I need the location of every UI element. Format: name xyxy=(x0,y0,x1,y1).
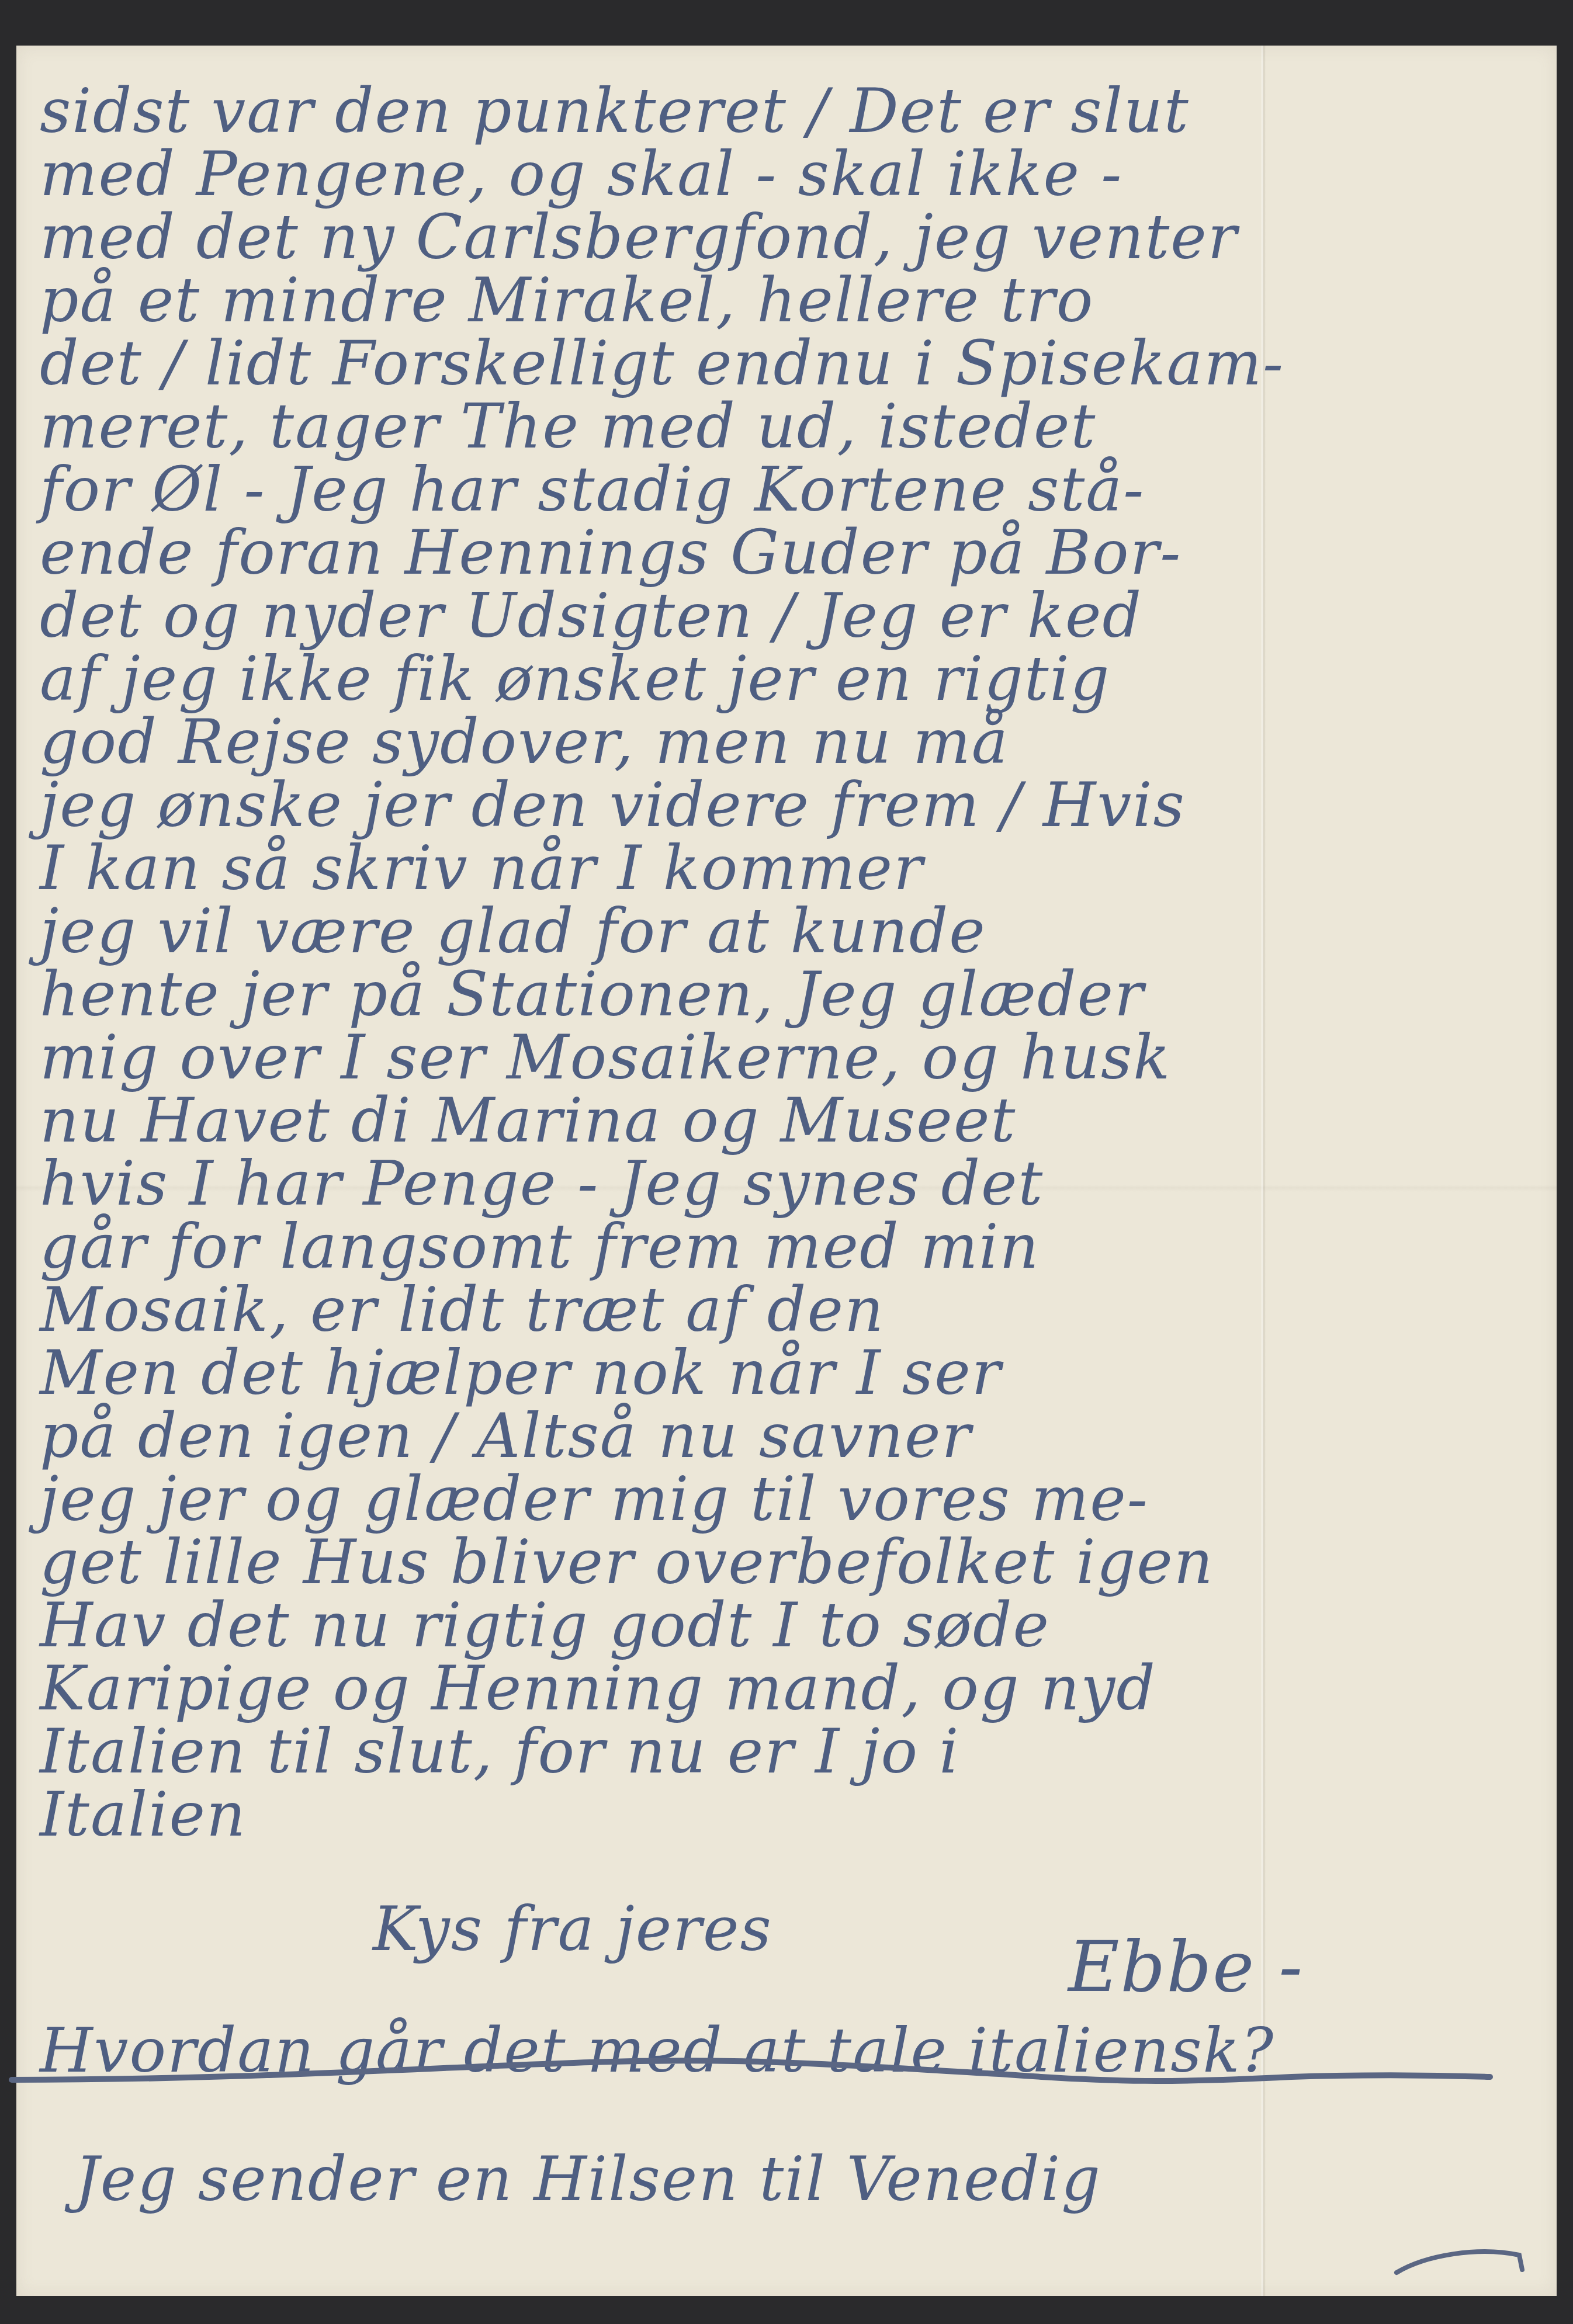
letter-line: går for langsomt frem med min xyxy=(40,1216,1040,1277)
letter-line: ende foran Hennings Guder på Bor- xyxy=(40,522,1182,583)
letter-line: af jeg ikke fik ønsket jer en rigtig xyxy=(40,648,1110,709)
letter-line: Mosaik, er lidt træt af den xyxy=(40,1279,885,1340)
letter-line: hvis I har Penge - Jeg synes det xyxy=(40,1153,1044,1214)
letter-line: på et mindre Mirakel, hellere tro xyxy=(40,270,1094,331)
closing-flourish xyxy=(1391,2243,1531,2278)
letter-line: med det ny Carlsbergfond, jeg venter xyxy=(40,207,1238,268)
letter-line: I kan så skriv når I kommer xyxy=(40,838,924,899)
closing-text: Kys fra jeres xyxy=(373,1899,772,1959)
letter-line: Italien xyxy=(40,1784,247,1845)
letter-line: hente jer på Stationen, Jeg glæder xyxy=(40,964,1145,1025)
letter-line: Men det hjælper nok når I ser xyxy=(40,1343,1002,1403)
letter-line: det / lidt Forskelligt endnu i Spisekam- xyxy=(40,333,1284,394)
letter-line: get lille Hus bliver overbefolket igen xyxy=(40,1532,1214,1593)
wavy-divider-line xyxy=(6,2056,1502,2091)
letter-line: meret, tager The med ud, istedet xyxy=(40,396,1096,457)
letter-line: god Rejse sydover, men nu må xyxy=(40,712,1009,772)
letter-line: på den igen / Altså nu savner xyxy=(40,1406,972,1466)
letter-line: mig over I ser Mosaikerne, og husk xyxy=(40,1027,1171,1088)
letter-sheet: sidst var den punkteret / Det er slut me… xyxy=(16,46,1557,2296)
letter-line: jeg jer og glæder mig til vores me- xyxy=(40,1469,1149,1529)
letter-line: jeg vil være glad for at kunde xyxy=(40,901,986,962)
letter-line: for Øl - Jeg har stadig Kortene stå- xyxy=(40,459,1145,520)
letter-line: Hav det nu rigtig godt I to søde xyxy=(40,1595,1050,1656)
letter-line: nu Havet di Marina og Museet xyxy=(40,1090,1016,1151)
signature: Ebbe - xyxy=(1068,1933,1304,2003)
afterword: Jeg sender en Hilsen til Venedig xyxy=(75,2149,1101,2209)
letter-line: sidst var den punkteret / Det er slut xyxy=(40,81,1190,141)
letter-line: med Pengene, og skal - skal ikke - xyxy=(40,144,1122,204)
letter-line: jeg ønske jer den videre frem / Hvis xyxy=(40,775,1186,835)
letter-line: det og nyder Udsigten / Jeg er ked xyxy=(40,585,1142,646)
letter-line: Karipige og Henning mand, og nyd xyxy=(40,1658,1156,1719)
letter-line: Italien til slut, for nu er I jo i xyxy=(40,1721,959,1782)
